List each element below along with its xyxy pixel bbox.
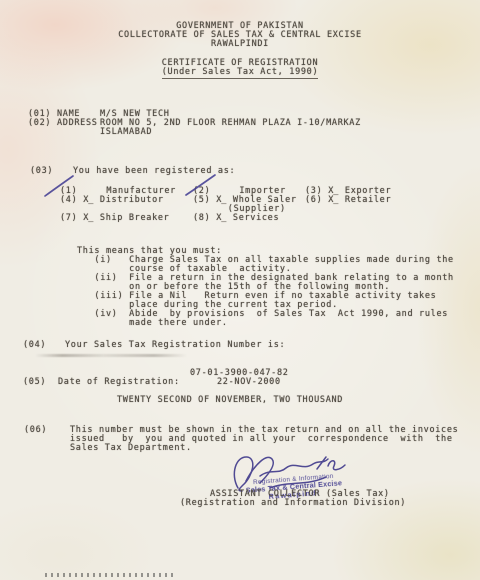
address-label: (02) ADDRESS	[28, 119, 98, 128]
pencil-smudge	[35, 354, 187, 357]
certificate-subtitle: (Under Sales Tax Act, 1990)	[0, 68, 480, 77]
date-value: 22-NOV-2000	[217, 378, 281, 387]
ink-check-mark-manufacturer	[45, 176, 73, 196]
certificate-subtitle-text: (Under Sales Tax Act, 1990)	[162, 67, 319, 79]
section-05-number: (05)	[23, 378, 46, 387]
section-04-label: Your Sales Tax Registration Number is:	[65, 341, 285, 350]
ink-check-mark-importer	[186, 175, 215, 195]
date-in-words: TWENTY SECOND OF NOVEMBER, TWO THOUSAND	[117, 396, 343, 405]
section-06-number: (06)	[24, 426, 47, 435]
address-value: ROOM NO 5, 2ND FLOOR REHMAN PLAZA I-10/M…	[100, 119, 361, 137]
date-label: Date of Registration:	[58, 378, 180, 387]
scanned-certificate: GOVERNMENT OF PAKISTAN COLLECTORATE OF S…	[0, 0, 480, 580]
registered-as-column-3: (3) X̲ Exporter (6) X̲ Retailer	[305, 187, 391, 205]
obligations-text: This means that you must: (i) Charge Sal…	[77, 247, 454, 328]
ink-check-marks	[40, 172, 225, 200]
cut-off-text-fragment	[45, 573, 175, 577]
city-line: RAWALPINDI	[0, 40, 480, 49]
section-04-number: (04)	[23, 341, 46, 350]
officer-division-line: (Registration and Information Division)	[180, 499, 406, 508]
